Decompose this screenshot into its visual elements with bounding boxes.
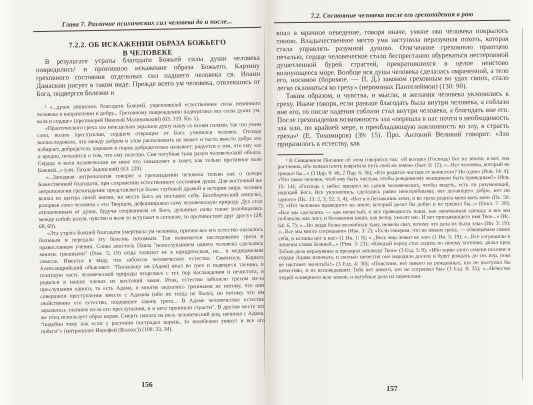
footnote-paragraph: «Эта утрата Божией благодати умертвила у… bbox=[39, 226, 265, 335]
page-left-content: Глава 7. Различие психических сил челове… bbox=[33, 18, 267, 336]
body-paragraph: В результате утраты благодати Божьей сил… bbox=[36, 55, 261, 99]
running-header-right: 7.2. Состояние человека после его грехоп… bbox=[274, 11, 510, 23]
running-header-left: Глава 7. Различие психических сил челове… bbox=[33, 18, 261, 32]
page-right-content: 7.2. Состояние человека после его грехоп… bbox=[274, 11, 513, 282]
page-right: 7.2. Состояние человека после его грехоп… bbox=[274, 0, 510, 280]
body-paragraph: впал в мрачное неведение, говоря иначе, … bbox=[276, 28, 509, 94]
page-left: Глава 7. Различие психических сил челове… bbox=[33, 0, 261, 334]
footnotes-right: ¹ В Священном Писании об этом говорится … bbox=[278, 155, 511, 281]
page-edge-line bbox=[522, 28, 523, 380]
page-number-right: 157 bbox=[274, 384, 510, 393]
body-paragraph: Таким образом, и чувства, и мысли, и жел… bbox=[277, 91, 510, 149]
footnotes-left: ¹ «...души лишились благодати Божией, ук… bbox=[37, 100, 265, 335]
footnote-paragraph: ¹ В Священном Писании об этом говорится … bbox=[278, 155, 511, 281]
page-number-left: 156 bbox=[33, 380, 261, 389]
footnote-separator bbox=[277, 153, 323, 154]
footnote-paragraph: «...Западная антропология говорит о грех… bbox=[38, 170, 263, 230]
footnote-paragraph: «Праотеческого греха зло неисцельно зара… bbox=[37, 121, 262, 174]
book-spread: Глава 7. Различие психических сил челове… bbox=[0, 0, 533, 405]
